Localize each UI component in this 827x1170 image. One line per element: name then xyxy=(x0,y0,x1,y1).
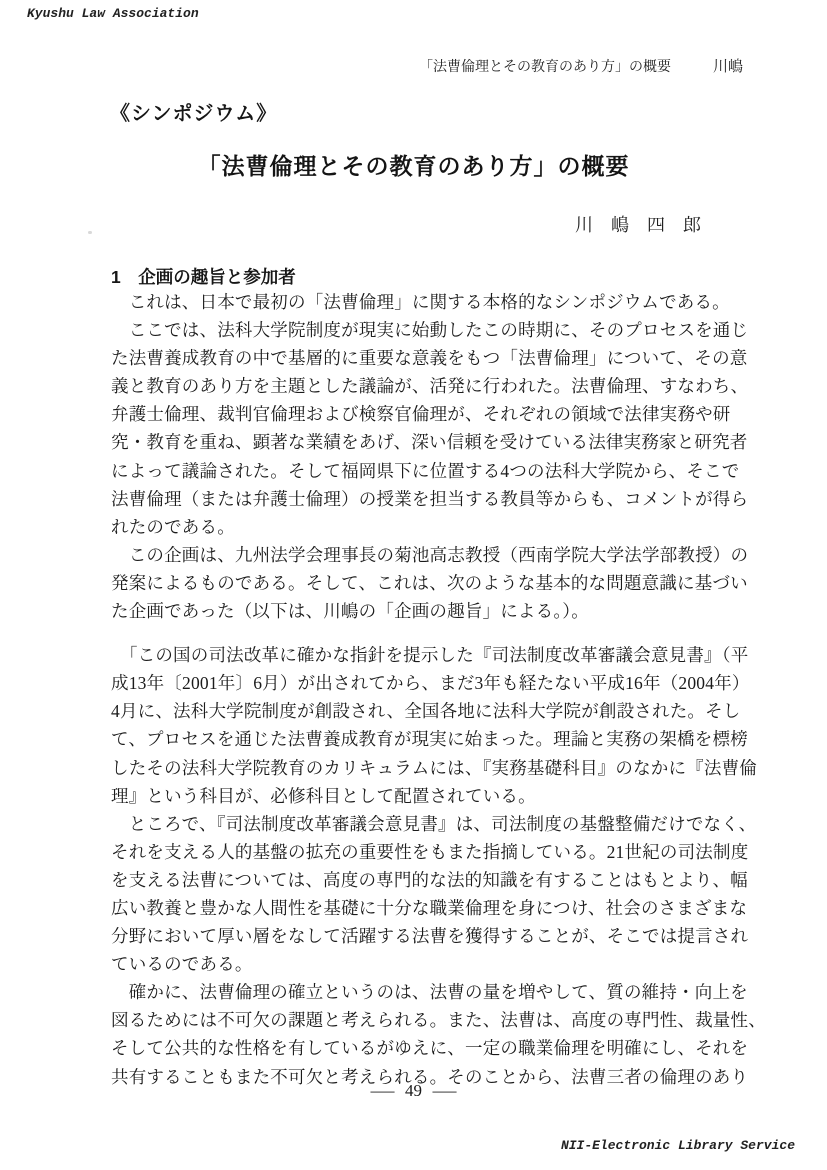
text-line: 成13年〔2001年〕6月）が出されてから、まだ3年も経たない平成16年（200… xyxy=(111,669,756,697)
text-line: た企画であった（以下は、川嶋の「企画の趣旨」による。）。 xyxy=(111,597,756,625)
text-line: 発案によるものである。そして、これは、次のような基本的な問題意識に基づい xyxy=(111,569,756,597)
text-line: を支える法曹については、高度の専門的な法的知識を有することはもとより、幅 xyxy=(111,866,756,894)
paragraph: この企画は、九州法学会理事長の菊池高志教授（西南学院大学法学部教授）の発案による… xyxy=(111,541,756,625)
text-line: 広い教養と豊かな人間性を基礎に十分な職業倫理を身につけ、社会のさまざまな xyxy=(111,894,756,922)
text-line: 究・教育を重ね、顕著な業績をあげ、深い信頼を受けている法律実務家と研究者 xyxy=(111,428,756,456)
page-number-dash-right: ― xyxy=(433,1081,457,1101)
text-line: したその法科大学院教育のカリキュラムには、『実務基礎科目』のなかに『法曹倫 xyxy=(111,754,756,782)
running-head-title: 「法曹倫理とその教育のあり方」の概要 xyxy=(419,56,671,76)
scanned-document-page: Kyushu Law Association 「法曹倫理とその教育のあり方」の概… xyxy=(0,0,827,1170)
page-number-dash-left: ― xyxy=(371,1081,395,1101)
text-line: この企画は、九州法学会理事長の菊池高志教授（西南学院大学法学部教授）の xyxy=(111,541,756,569)
text-line: ところで、『司法制度改革審議会意見書』は、司法制度の基盤整備だけでなく、 xyxy=(111,810,756,838)
text-line: ているのである。 xyxy=(111,950,756,978)
running-head: 「法曹倫理とその教育のあり方」の概要 川嶋 xyxy=(419,55,743,76)
page-number: ―49― xyxy=(0,1081,827,1101)
scan-speck xyxy=(88,231,92,234)
section-heading: 1 企画の趣旨と参加者 xyxy=(111,264,296,289)
text-line: 「この国の司法改革に確かな指針を提示した『司法制度改革審議会意見書』（平 xyxy=(111,641,756,669)
text-line: 義と教育のあり方を主題とした議論が、活発に行われた。法曹倫理、すなわち、 xyxy=(111,372,756,400)
text-line: て、プロセスを通じた法曹養成教育が現実に始まった。理論と実務の架橋を標榜 xyxy=(111,725,756,753)
text-line: 4月に、法科大学院制度が創設され、全国各地に法科大学院が創設された。そし xyxy=(111,697,756,725)
text-line: 分野において厚い層をなして活躍する法曹を獲得することが、そこでは提言され xyxy=(111,922,756,950)
text-line: ここでは、法科大学院制度が現実に始動したこの時期に、そのプロセスを通じ xyxy=(111,316,756,344)
paragraph-quote: 「この国の司法改革に確かな指針を提示した『司法制度改革審議会意見書』（平成13年… xyxy=(111,641,756,810)
text-line: 法曹倫理（または弁護士倫理）の授業を担当する教員等からも、コメントが得ら xyxy=(111,485,756,513)
running-head-author: 川嶋 xyxy=(713,55,743,76)
text-line: それを支える人的基盤の拡充の重要性をもまた指摘している。21世紀の司法制度 xyxy=(111,838,756,866)
text-line: これは、日本で最初の「法曹倫理」に関する本格的なシンポジウムである。 xyxy=(111,288,756,316)
symposium-series-label: 《シンポジウム》 xyxy=(110,97,277,126)
author-name: 川 嶋 四 郎 xyxy=(575,211,701,237)
page-number-value: 49 xyxy=(405,1081,422,1100)
paragraph: ここでは、法科大学院制度が現実に始動したこの時期に、そのプロセスを通じた法曹養成… xyxy=(111,316,756,541)
paragraph-quote: ところで、『司法制度改革審議会意見書』は、司法制度の基盤整備だけでなく、それを支… xyxy=(111,810,756,979)
text-line: た法曹養成教育の中で基層的に重要な意義をもつ「法曹倫理」について、その意 xyxy=(111,344,756,372)
text-line: そして公共的な性格を有しているがゆえに、一定の職業倫理を明確にし、それを xyxy=(111,1034,756,1062)
nii-service-label: NII-Electronic Library Service xyxy=(561,1138,795,1153)
text-line: 図るためには不可欠の課題と考えられる。また、法曹は、高度の専門性、裁量性、 xyxy=(111,1006,756,1034)
text-line: 弁護士倫理、裁判官倫理および検察官倫理が、それぞれの領域で法律実務や研 xyxy=(111,400,756,428)
paragraph-quote: 確かに、法曹倫理の確立というのは、法曹の量を増やして、質の維持・向上を図るために… xyxy=(111,978,756,1090)
text-line: 確かに、法曹倫理の確立というのは、法曹の量を増やして、質の維持・向上を xyxy=(111,978,756,1006)
text-line: れたのである。 xyxy=(111,513,756,541)
text-line: 理』という科目が、必修科目として配置されている。 xyxy=(111,782,756,810)
text-line: によって議論された。そして福岡県下に位置する4つの法科大学院から、そこで xyxy=(111,457,756,485)
article-title: 「法曹倫理とその教育のあり方」の概要 xyxy=(0,148,827,181)
article-body: これは、日本で最初の「法曹倫理」に関する本格的なシンポジウムである。 ここでは、… xyxy=(111,288,756,1091)
library-header-label: Kyushu Law Association xyxy=(27,6,199,21)
paragraph: これは、日本で最初の「法曹倫理」に関する本格的なシンポジウムである。 xyxy=(111,288,756,316)
